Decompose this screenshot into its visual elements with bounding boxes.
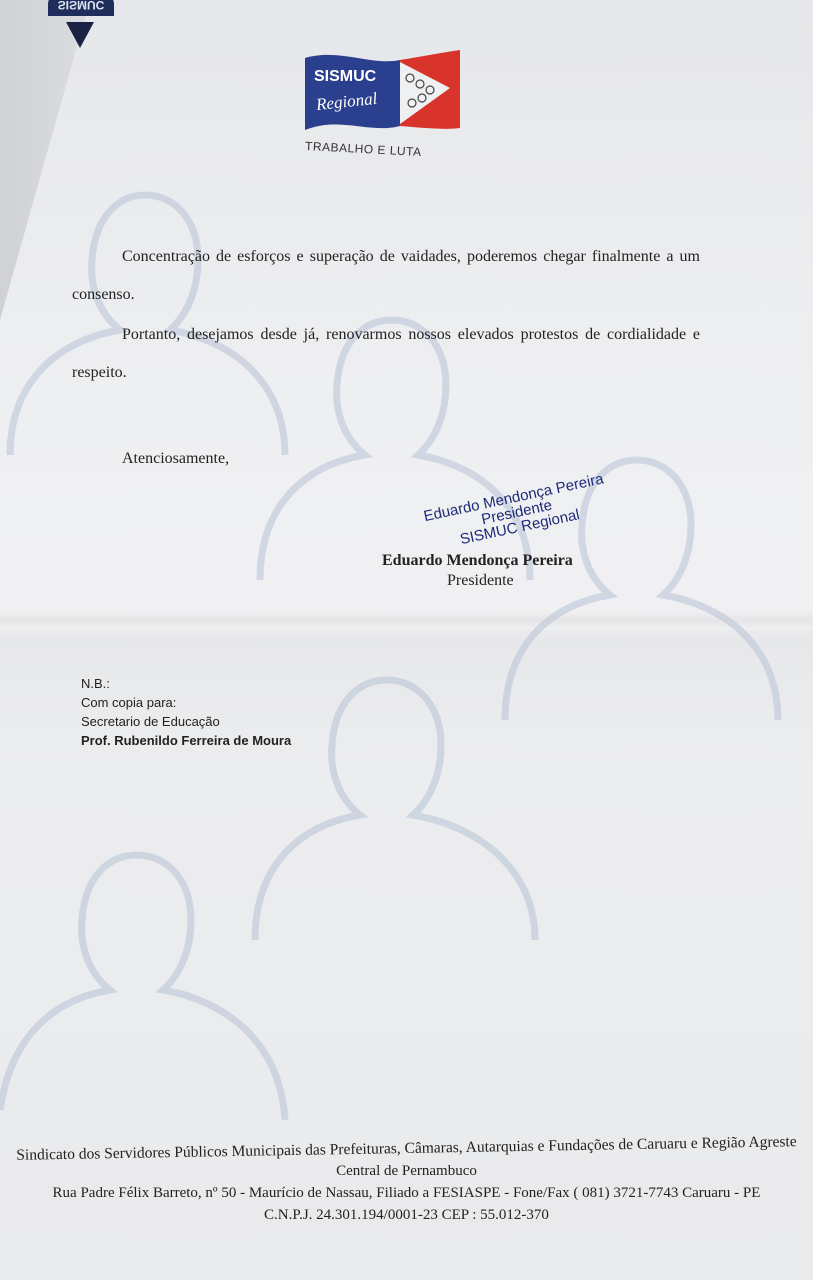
paragraph-1-text: Concentração de esforços e superação de …: [72, 248, 700, 303]
paragraph-1: Concentração de esforços e superação de …: [72, 238, 700, 314]
signature-stamp: Eduardo Mendonça Pereira Presidente SISM…: [422, 471, 611, 553]
sismuc-logo: SISMUC Regional TRABALHO E LUTA: [300, 48, 465, 163]
watermark-people-icon: [0, 0, 813, 1280]
footer-line-4: C.N.P.J. 24.301.194/0001-23 CEP : 55.012…: [0, 1204, 813, 1226]
note-label: N.B.:: [81, 674, 291, 693]
paragraph-2-text: Portanto, desejamos desde já, renovarmos…: [72, 326, 700, 381]
signer-name: Eduardo Mendonça Pereira: [382, 552, 573, 570]
note-line-3: Prof. Rubenildo Ferreira de Moura: [81, 731, 291, 750]
back-page-triangle-icon: [66, 22, 94, 48]
note-line-2: Secretario de Educação: [81, 712, 291, 731]
logo-title: SISMUC: [314, 68, 376, 86]
back-page-badge: SISMUC: [48, 0, 114, 16]
letterhead-footer: Sindicato dos Servidores Públicos Munici…: [0, 1138, 813, 1226]
note-line-1: Com copia para:: [81, 693, 291, 712]
footer-line-3: Rua Padre Félix Barreto, nº 50 - Mauríci…: [0, 1182, 813, 1204]
copy-note: N.B.: Com copia para: Secretario de Educ…: [81, 674, 291, 750]
paragraph-2: Portanto, desejamos desde já, renovarmos…: [72, 316, 700, 392]
signer-role: Presidente: [447, 572, 514, 590]
page-fold: [0, 610, 813, 630]
closing: Atenciosamente,: [122, 450, 229, 468]
